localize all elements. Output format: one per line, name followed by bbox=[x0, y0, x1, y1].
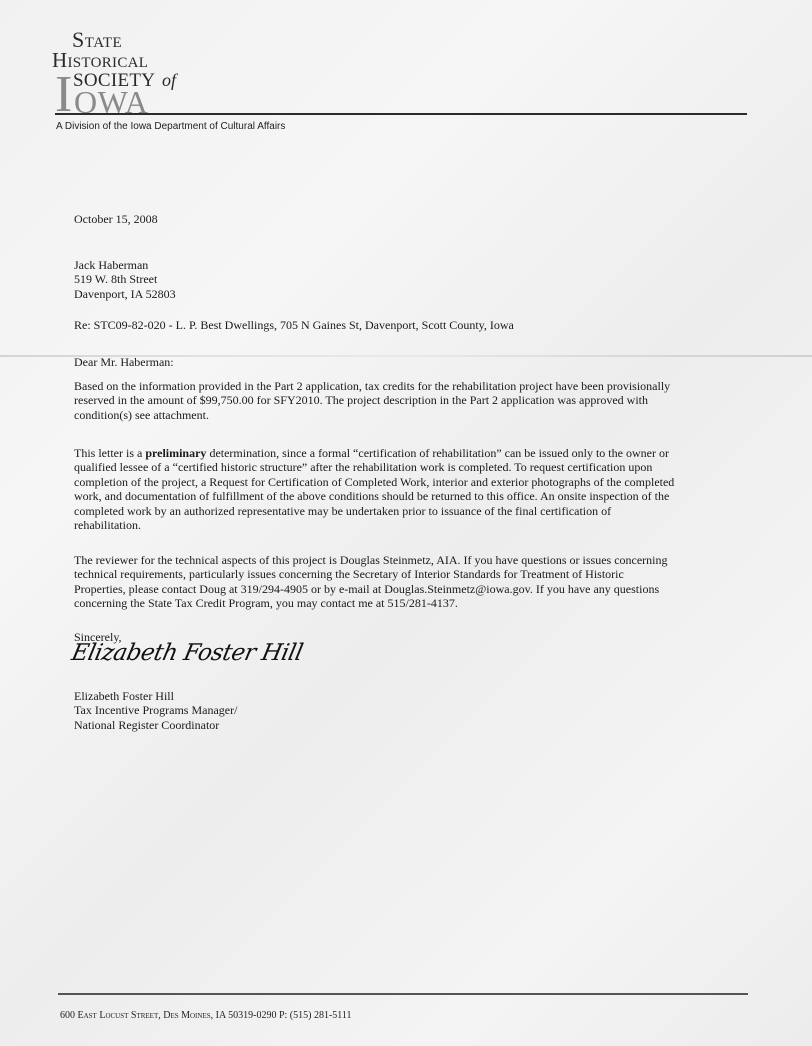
signer-block: Elizabeth Foster Hill Tax Incentive Prog… bbox=[74, 689, 754, 732]
paragraph-line: qualified lessee of a “certified histori… bbox=[74, 460, 754, 474]
division-tagline: A Division of the Iowa Department of Cul… bbox=[56, 121, 285, 132]
signer-name: Elizabeth Foster Hill bbox=[74, 689, 754, 703]
signer-title: Tax Incentive Programs Manager/ bbox=[74, 703, 754, 717]
paragraph-line: condition(s) see attachment. bbox=[74, 408, 754, 422]
recipient-address: Jack Haberman 519 W. 8th Street Davenpor… bbox=[74, 258, 754, 301]
handwritten-signature: Elizabeth Foster Hill bbox=[69, 640, 305, 666]
paragraph-line: The reviewer for the technical aspects o… bbox=[74, 553, 754, 567]
recipient-street: 519 W. 8th Street bbox=[74, 272, 754, 286]
paragraph-line: concerning the State Tax Credit Program,… bbox=[74, 596, 754, 610]
paragraph-line: completed work by an authorized represen… bbox=[74, 504, 754, 518]
paragraph-line: work, and documentation of fulfillment o… bbox=[74, 489, 754, 503]
footer-rule bbox=[58, 993, 748, 995]
paragraph-reservation: Based on the information provided in the… bbox=[74, 379, 754, 422]
preliminary-emphasis: preliminary bbox=[145, 446, 206, 460]
paragraph-line: reserved in the amount of $99,750.00 for… bbox=[74, 393, 754, 407]
paragraph-line: rehabilitation. bbox=[74, 518, 754, 532]
paragraph-line: completion of the project, a Request for… bbox=[74, 475, 754, 489]
text-segment: This letter is a bbox=[74, 446, 145, 460]
paragraph-line: technical requirements, particularly iss… bbox=[74, 567, 754, 581]
signer-title: National Register Coordinator bbox=[74, 718, 754, 732]
text-segment: determination, since a formal “certifica… bbox=[206, 446, 669, 460]
recipient-name: Jack Haberman bbox=[74, 258, 754, 272]
footer-address: 600 East Locust Street, Des Moines, IA 5… bbox=[60, 1010, 352, 1021]
state-historical-society-logo: State Historical I SOCIETY of OWA bbox=[52, 22, 182, 114]
salutation: Dear Mr. Haberman: bbox=[74, 355, 754, 369]
logo-of: of bbox=[162, 70, 176, 91]
paragraph-line: This letter is a preliminary determinati… bbox=[74, 446, 754, 460]
recipient-city: Davenport, IA 52803 bbox=[74, 287, 754, 301]
paragraph-reviewer-contact: The reviewer for the technical aspects o… bbox=[74, 553, 754, 611]
paragraph-line: Properties, please contact Doug at 319/2… bbox=[74, 582, 754, 596]
subject-line: Re: STC09-82-020 - L. P. Best Dwellings,… bbox=[74, 318, 754, 332]
letter-date: October 15, 2008 bbox=[74, 212, 754, 226]
paragraph-line: Based on the information provided in the… bbox=[74, 379, 754, 393]
header-rule bbox=[55, 113, 747, 115]
paragraph-preliminary-determination: This letter is a preliminary determinati… bbox=[74, 446, 754, 532]
